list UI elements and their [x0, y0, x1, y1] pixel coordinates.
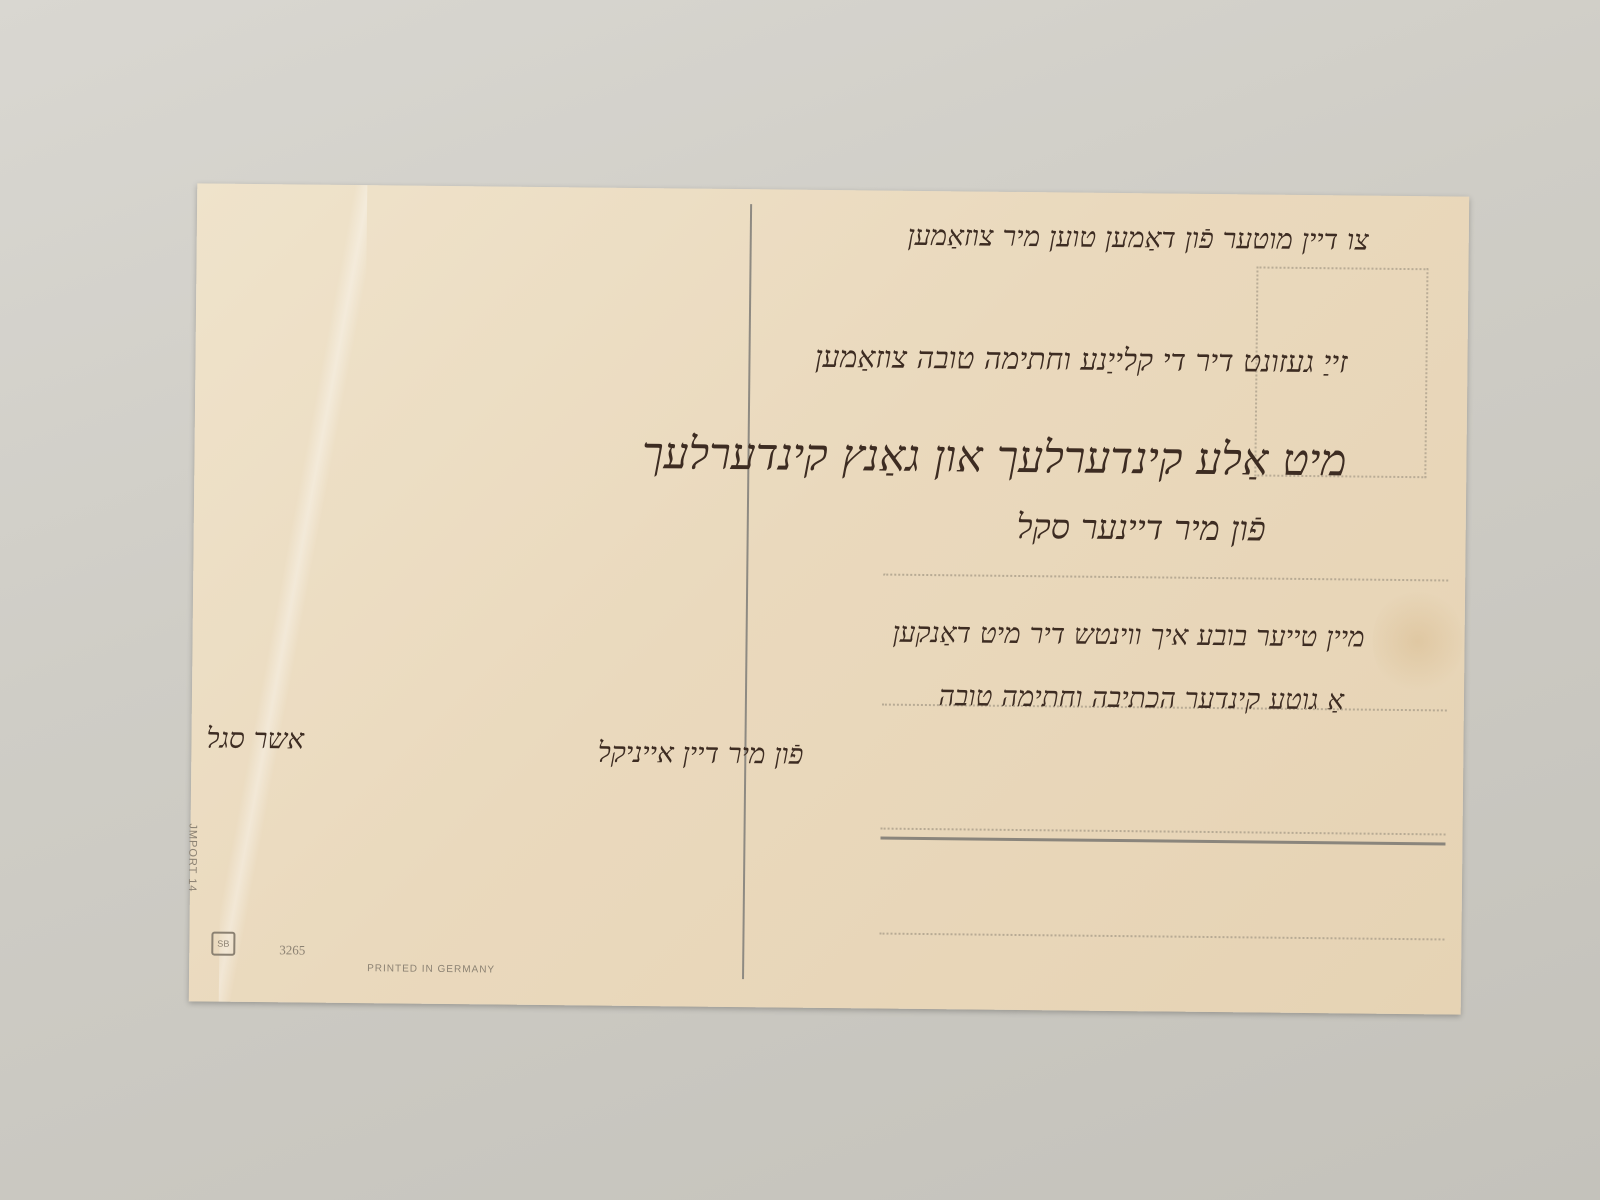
address-line [883, 574, 1448, 582]
handwriting-line-7: פֿון מיר דיין אייניקל [598, 736, 804, 772]
publisher-mark: JMPORT 14 [186, 823, 199, 892]
paper-crease [219, 184, 368, 1003]
address-line [881, 828, 1446, 836]
card-number: 3265 [279, 942, 305, 958]
handwriting-line-3: מיט אַלע קינדערלעך און גאַנץ קינדערלעך [642, 428, 1347, 486]
handwriting-line-2: זייַ געזונט דיר די קלייַנע וחתימה טובה צ… [815, 340, 1348, 381]
center-divider [742, 204, 752, 979]
signature: אשר סגל [206, 721, 304, 756]
handwriting-line-5: מיין טייער בובע איך ווינטש דיר מיט דאַנק… [892, 616, 1364, 655]
address-line [879, 933, 1444, 941]
postcard: צו דיין מוטער פֿון דאַמען טוען מיר צוזאַ… [189, 183, 1469, 1014]
address-line-solid [880, 837, 1445, 846]
handwriting-line-6: אַ גוטע קינדער הכתיבה וחתימה טובה [938, 679, 1344, 717]
printed-in-germany: PRINTED IN GERMANY [367, 963, 495, 975]
publisher-logo: SB [211, 932, 235, 956]
stain [1372, 586, 1463, 697]
handwriting-line-1: צו דיין מוטער פֿון דאַמען טוען מיר צוזאַ… [907, 219, 1369, 258]
handwriting-line-4: פֿון מיר דיינער סקל [1016, 507, 1266, 550]
